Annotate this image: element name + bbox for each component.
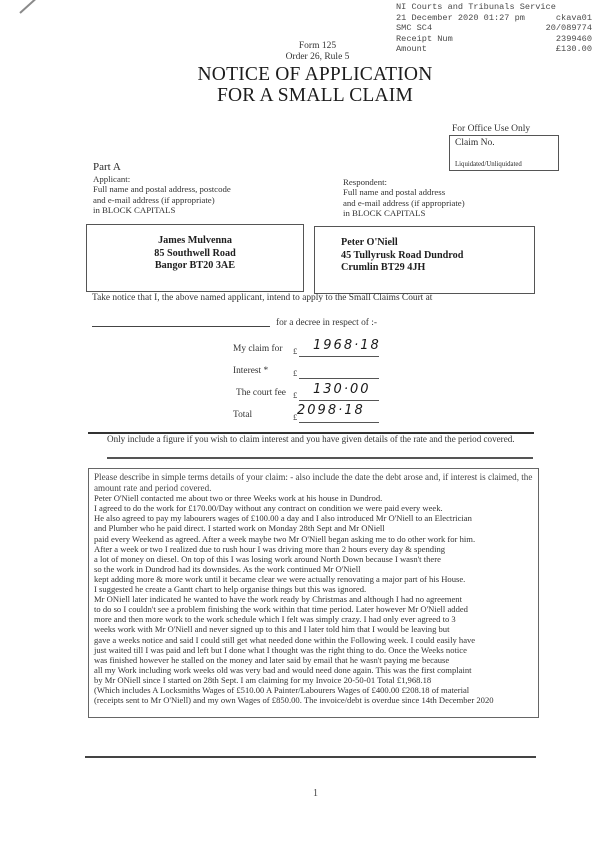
stamp-case-ref: 20/089774 xyxy=(546,23,592,34)
total-line xyxy=(299,422,379,423)
interest-note: Only include a figure if you wish to cla… xyxy=(107,434,527,444)
stamp-case-label: SMC SC4 xyxy=(396,23,432,34)
court-fee-label: The court fee xyxy=(236,388,286,398)
form-reference: Form 125 Order 26, Rule 5 xyxy=(285,41,350,63)
applicant-address: James Mulvenna 85 Southwell Road Bangor … xyxy=(87,235,303,273)
applicant-label: Applicant: xyxy=(93,174,231,184)
notice-text: Take notice that I, the above named appl… xyxy=(92,293,432,303)
respondent-instr-3: in BLOCK CAPITALS xyxy=(343,208,465,218)
respondent-address-field[interactable]: Peter O'Niell 45 Tullyrusk Road Dundrod … xyxy=(314,226,535,294)
respondent-name: Peter O'Niell xyxy=(341,237,463,250)
applicant-address-line-2: Bangor BT20 3AE xyxy=(87,260,303,273)
respondent-address-line-1: 45 Tullyrusk Road Dundrod xyxy=(341,250,463,263)
respondent-label: Respondent: xyxy=(343,177,465,187)
divider xyxy=(107,457,533,459)
applicant-instr-3: in BLOCK CAPITALS xyxy=(93,205,231,215)
respondent-address: Peter O'Niell 45 Tullyrusk Road Dundrod … xyxy=(341,237,463,275)
stamp-amount-label: Amount xyxy=(396,44,427,55)
stamp-receipt-label: Receipt Num xyxy=(396,34,453,45)
applicant-address-field[interactable]: James Mulvenna 85 Southwell Road Bangor … xyxy=(86,224,304,292)
total-value[interactable]: 2098·18 xyxy=(297,403,365,418)
applicant-instructions: Applicant: Full name and postal address,… xyxy=(93,174,231,216)
title-line-1: NOTICE OF APPLICATION xyxy=(160,64,470,85)
stamp-user: ckava01 xyxy=(556,13,592,24)
applicant-name: James Mulvenna xyxy=(87,235,303,248)
office-use-box: Claim No. Liquidated/Unliquidated xyxy=(449,135,559,171)
liquidated-label: Liquidated/Unliquidated xyxy=(455,161,522,168)
divider xyxy=(85,756,536,758)
interest-line xyxy=(299,378,379,379)
court-name-field[interactable] xyxy=(92,326,270,327)
applicant-instr-2: and e-mail address (if appropriate) xyxy=(93,195,231,205)
page-number: 1 xyxy=(313,788,318,799)
respondent-instructions: Respondent: Full name and postal address… xyxy=(343,177,465,219)
stamp-datetime: 21 December 2020 01:27 pm xyxy=(396,13,525,24)
claim-amount-value[interactable]: 1968·18 xyxy=(313,338,381,353)
page-title: NOTICE OF APPLICATION FOR A SMALL CLAIM xyxy=(160,64,470,106)
respondent-address-line-2: Crumlin BT29 4JH xyxy=(341,262,463,275)
total-row: Total £ 2098·18 xyxy=(233,410,252,420)
claim-details-prompt: Please describe in simple terms details … xyxy=(94,472,534,493)
applicant-address-line-1: 85 Southwell Road xyxy=(87,248,303,261)
court-fee-value[interactable]: 130·00 xyxy=(313,382,371,397)
claim-amount-line xyxy=(299,356,379,357)
pen-mark xyxy=(19,0,40,14)
stamp-receipt-num: 2399460 xyxy=(556,34,592,45)
form-order: Order 26, Rule 5 xyxy=(285,52,350,63)
claim-number-label: Claim No. xyxy=(455,138,495,148)
claim-details-field[interactable]: Please describe in simple terms details … xyxy=(88,468,539,718)
claim-amount-label: My claim for xyxy=(233,344,282,354)
total-label: Total xyxy=(233,410,252,420)
interest-label: Interest * xyxy=(233,366,268,376)
currency-symbol: £ xyxy=(293,346,297,356)
claim-details-text: Peter O'Niell contacted me about two or … xyxy=(94,493,534,705)
claim-amount-row: My claim for £ 1968·18 xyxy=(233,344,282,354)
court-fee-row: The court fee £ 130·00 xyxy=(236,388,286,398)
court-fee-line xyxy=(299,400,379,401)
office-use-label: For Office Use Only xyxy=(452,124,530,134)
part-a-heading: Part A xyxy=(93,161,121,173)
currency-symbol: £ xyxy=(293,390,297,400)
respondent-instr-1: Full name and postal address xyxy=(343,187,465,197)
receipt-stamp: NI Courts and Tribunals Service 21 Decem… xyxy=(396,2,592,55)
applicant-instr-1: Full name and postal address, postcode xyxy=(93,184,231,194)
stamp-amount: £130.00 xyxy=(556,44,592,55)
decree-text: for a decree in respect of :- xyxy=(276,318,377,328)
title-line-2: FOR A SMALL CLAIM xyxy=(160,85,470,106)
form-number: Form 125 xyxy=(285,41,350,52)
respondent-instr-2: and e-mail address (if appropriate) xyxy=(343,198,465,208)
currency-symbol: £ xyxy=(293,368,297,378)
stamp-org: NI Courts and Tribunals Service xyxy=(396,2,556,13)
interest-row: Interest * £ xyxy=(233,366,268,376)
